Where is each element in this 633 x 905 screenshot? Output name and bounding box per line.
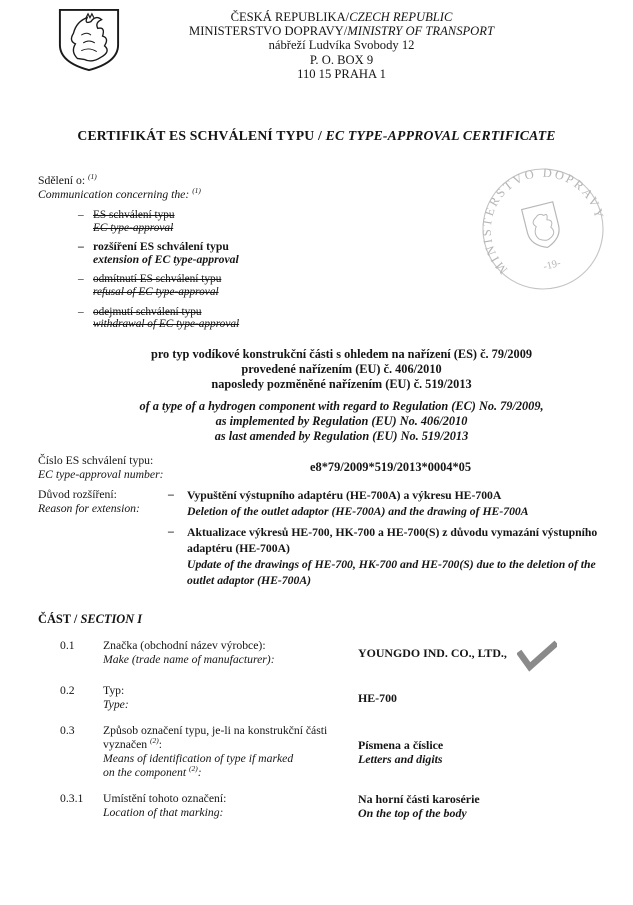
field-label-en: Make (trade name of manufacturer): — [103, 653, 358, 667]
field-label-cs: Značka (obchodní název výrobce): — [103, 639, 358, 653]
extension-label-en: Reason for extension: — [38, 502, 168, 516]
certificate-page: ČESKÁ REPUBLIKA/CZECH REPUBLIC MINISTERS… — [0, 0, 633, 905]
field-value-location-en: On the top of the body — [358, 806, 633, 820]
subject-paragraph-cs: pro typ vodíkové konstrukční části s ohl… — [50, 347, 633, 392]
field-number: 0.2 — [60, 684, 103, 712]
dash: – — [168, 525, 178, 589]
communication-item-approval: – ES schválení typu EC type-approval — [78, 209, 633, 234]
field-value-type: HE-700 — [358, 691, 397, 705]
section-heading: ČÁST / SECTION I — [38, 612, 633, 627]
dash: – — [78, 273, 87, 298]
field-label-cs: Způsob označení typu, je-li na konstrukč… — [103, 724, 358, 738]
item-en: withdrawal of EC type-approval — [93, 318, 239, 331]
communication-label-en-text: Communication concerning the: — [38, 188, 189, 201]
dash: – — [78, 306, 87, 331]
section-heading-cs: ČÁST / — [38, 612, 80, 626]
note-ref-1: (1) — [88, 172, 97, 181]
communication-section: Sdělení o: (1) Communication concerning … — [0, 174, 633, 331]
letterhead-ministry: MINISTERSTVO DOPRAVY/MINISTRY OF TRANSPO… — [50, 24, 633, 38]
ministry-cs: MINISTERSTVO DOPRAVY/ — [189, 24, 347, 38]
field-row-type: 0.2 Typ: Type: HE-700 — [60, 684, 633, 712]
item-cs: odejmutí schválení typu — [93, 306, 239, 319]
field-label-cs: Typ: — [103, 684, 358, 698]
subject-en-line: as implemented by Regulation (EU) No. 40… — [50, 414, 633, 429]
field-row-make: 0.1 Značka (obchodní název výrobce): Mak… — [60, 639, 633, 672]
coat-of-arms-icon — [57, 8, 121, 72]
communication-items: – ES schválení typu EC type-approval – r… — [38, 209, 633, 331]
extension-item-en: Update of the drawings of HE-700, HK-700… — [187, 557, 619, 589]
item-cs: ES schválení typu — [93, 209, 175, 222]
field-row-identification: 0.3 Způsob označení typu, je-li na konst… — [60, 724, 633, 780]
extension-items: – Vypuštění výstupního adaptéru (HE-700A… — [168, 488, 633, 594]
communication-label-en: Communication concerning the: (1) — [38, 188, 633, 202]
extension-item: – Aktualizace výkresů HE-700, HK-700 a H… — [168, 525, 633, 589]
extension-section: Důvod rozšíření: Reason for extension: –… — [0, 488, 633, 594]
approval-number-label-en: EC type-approval number: — [38, 468, 310, 482]
letterhead-street: nábřeží Ludvíka Svobody 12 — [50, 38, 633, 52]
subject-en-line: as last amended by Regulation (EU) No. 5… — [50, 429, 633, 444]
field-label-en: Means of identification of type if marke… — [103, 752, 358, 766]
subject-paragraph-en: of a type of a hydrogen component with r… — [50, 399, 633, 444]
extension-label-cs: Důvod rozšíření: — [38, 488, 168, 502]
communication-label-cs-text: Sdělení o: — [38, 174, 85, 187]
subject-cs-line: provedené nařízením (EU) č. 406/2010 — [50, 362, 633, 377]
dash: – — [78, 209, 87, 234]
subject-cs-line: naposledy pozměněné nařízením (EU) č. 51… — [50, 377, 633, 392]
communication-item-refusal: – odmítnutí ES schválení typu refusal of… — [78, 273, 633, 298]
approval-number-row: Číslo ES schválení typu: EC type-approva… — [0, 454, 633, 482]
extension-item-cs: Aktualizace výkresů HE-700, HK-700 a HE-… — [187, 525, 619, 557]
field-number: 0.3 — [60, 724, 103, 780]
item-cs: odmítnutí ES schválení typu — [93, 273, 221, 286]
field-value-location-cs: Na horní části karosérie — [358, 792, 633, 806]
letterhead: ČESKÁ REPUBLIKA/CZECH REPUBLIC MINISTERS… — [0, 0, 633, 84]
checkmark-icon — [517, 640, 557, 672]
fields-table: 0.1 Značka (obchodní název výrobce): Mak… — [0, 639, 633, 820]
section-heading-en: SECTION I — [80, 612, 142, 626]
field-label-cs: vyznačen (2): — [103, 738, 358, 752]
field-row-marking-location: 0.3.1 Umístění tohoto označení: Location… — [60, 792, 633, 820]
letterhead-city: 110 15 PRAHA 1 — [50, 67, 633, 81]
letterhead-text: ČESKÁ REPUBLIKA/CZECH REPUBLIC MINISTERS… — [50, 10, 633, 81]
extension-item-cs: Vypuštění výstupního adaptéru (HE-700A) … — [187, 488, 619, 504]
field-value-identification-en: Letters and digits — [358, 752, 633, 766]
approval-number-value: e8*79/2009*519/2013*0004*05 — [310, 460, 633, 475]
extension-item: – Vypuštění výstupního adaptéru (HE-700A… — [168, 488, 633, 520]
field-label-cs: Umístění tohoto označení: — [103, 792, 358, 806]
field-label-en: Type: — [103, 698, 358, 712]
communication-item-withdrawal: – odejmutí schválení typu withdrawal of … — [78, 306, 633, 331]
subject-cs-line: pro typ vodíkové konstrukční části s ohl… — [50, 347, 633, 362]
note-ref-2: (2) — [189, 764, 198, 773]
field-number: 0.3.1 — [60, 792, 103, 820]
ministry-en: MINISTRY OF TRANSPORT — [347, 24, 494, 38]
country-en: CZECH REPUBLIC — [349, 10, 452, 24]
subject-en-line: of a type of a hydrogen component with r… — [50, 399, 633, 414]
field-value-make: YOUNGDO IND. CO., LTD., — [358, 646, 507, 660]
item-en: EC type-approval — [93, 222, 175, 235]
communication-item-extension: – rozšíření ES schválení typu extension … — [78, 241, 633, 266]
approval-number-label-cs: Číslo ES schválení typu: — [38, 454, 310, 468]
title-en: EC TYPE-APPROVAL CERTIFICATE — [326, 128, 556, 143]
letterhead-pobox: P. O. BOX 9 — [50, 53, 633, 67]
field-label-en: on the component (2): — [103, 766, 358, 780]
item-en: extension of EC type-approval — [93, 254, 239, 267]
communication-label-cs: Sdělení o: (1) — [38, 174, 633, 188]
country-cs: ČESKÁ REPUBLIKA/ — [231, 10, 350, 24]
note-ref-1: (1) — [192, 186, 201, 195]
field-number: 0.1 — [60, 639, 103, 672]
field-label-en: Location of that marking: — [103, 806, 358, 820]
note-ref-2: (2) — [150, 736, 159, 745]
title-cs: CERTIFIKÁT ES SCHVÁLENÍ TYPU / — [77, 128, 325, 143]
page-title: CERTIFIKÁT ES SCHVÁLENÍ TYPU / EC TYPE-A… — [0, 128, 633, 144]
field-value-identification-cs: Písmena a číslice — [358, 738, 633, 752]
extension-item-en: Deletion of the outlet adaptor (HE-700A)… — [187, 504, 619, 520]
dash: – — [78, 241, 87, 266]
dash: – — [168, 488, 178, 520]
item-en: refusal of EC type-approval — [93, 286, 221, 299]
letterhead-country: ČESKÁ REPUBLIKA/CZECH REPUBLIC — [50, 10, 633, 24]
item-cs: rozšíření ES schválení typu — [93, 241, 239, 254]
